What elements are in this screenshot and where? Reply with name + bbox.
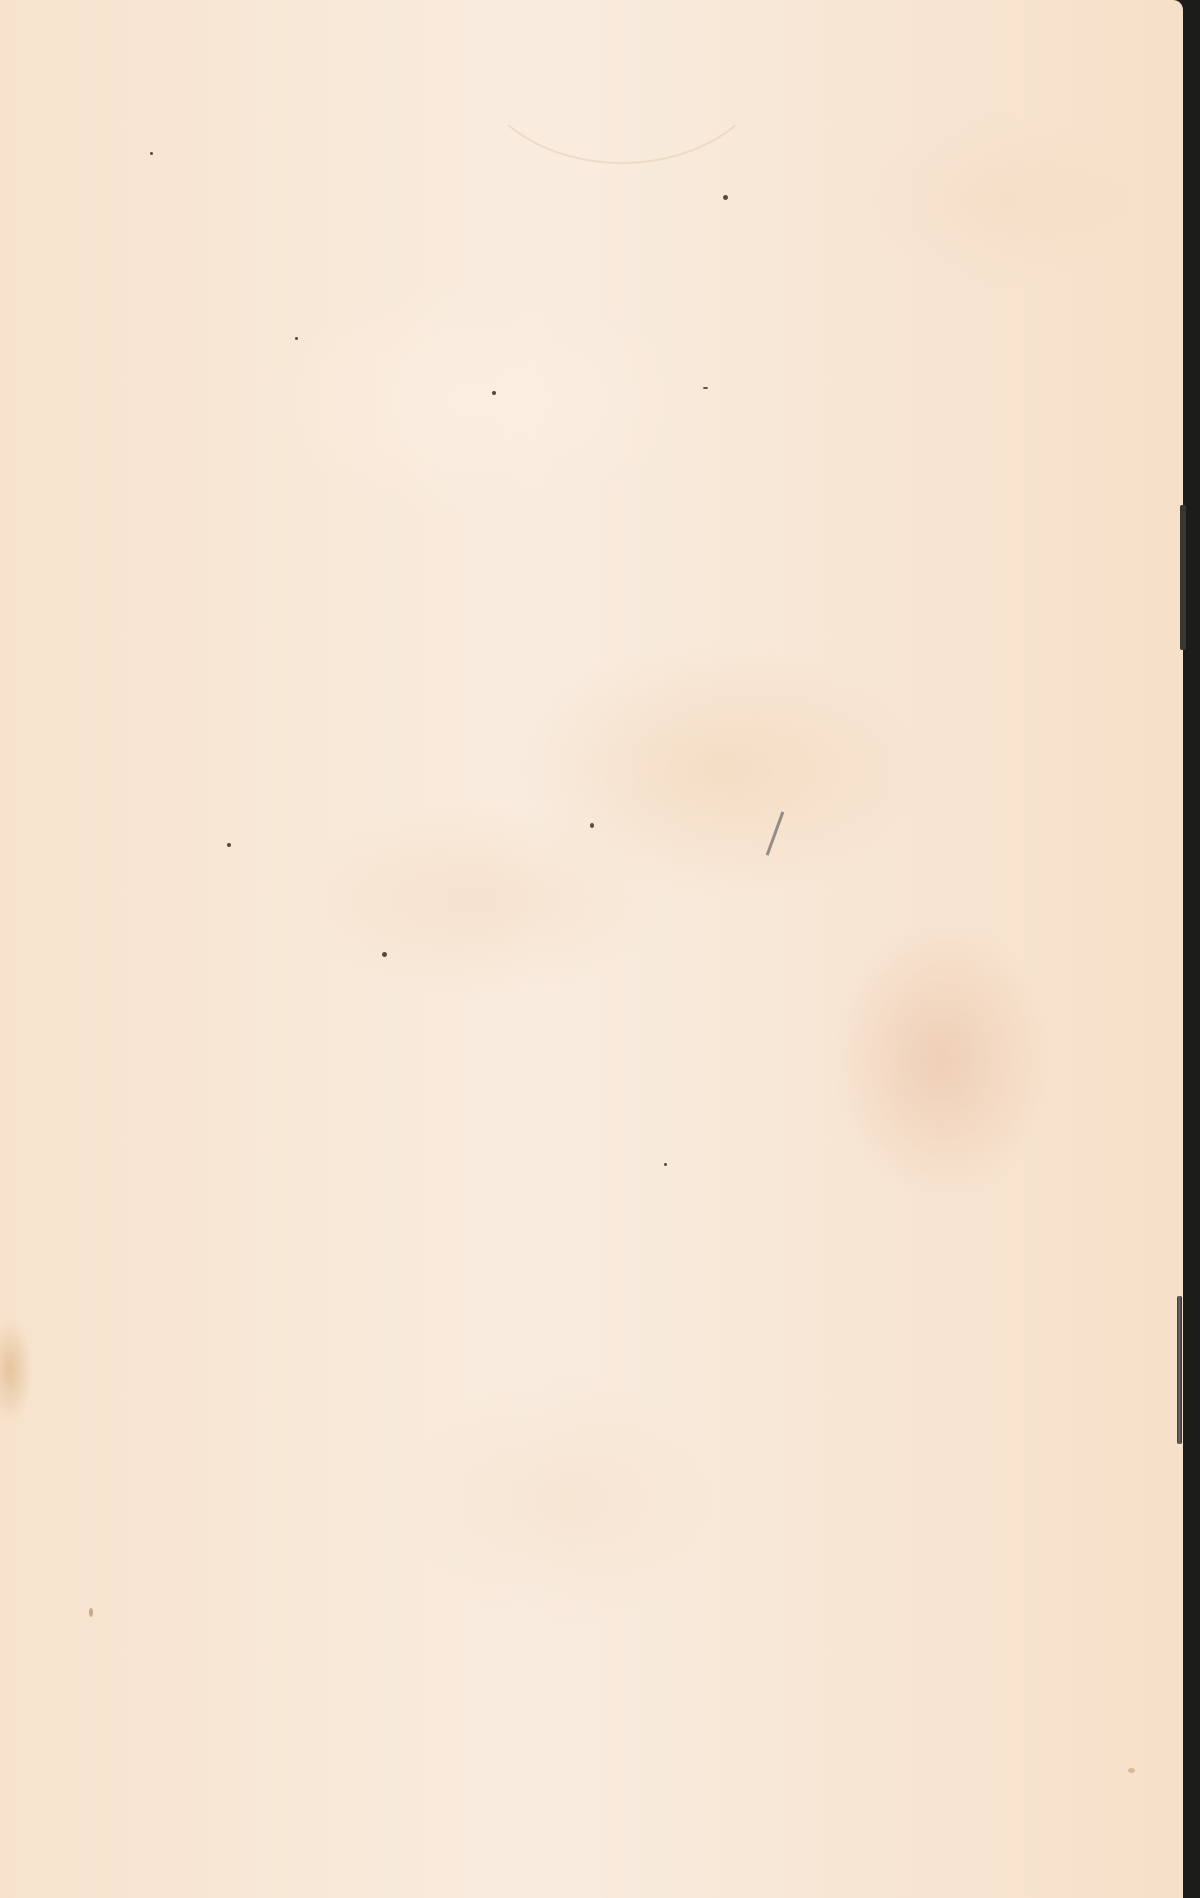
- paper-speck: [295, 337, 298, 340]
- paper-speck: [664, 1163, 667, 1166]
- paper-speck: [150, 152, 153, 155]
- paper-speck: [89, 1608, 93, 1617]
- paper-speck: [382, 952, 387, 957]
- paper-speck: [492, 391, 496, 395]
- paper-speck: [1128, 1768, 1135, 1773]
- staple-lower: [1177, 1296, 1182, 1444]
- paper-speck: [590, 823, 594, 828]
- staple-upper: [1180, 505, 1186, 650]
- ink-smudge: [766, 811, 785, 855]
- scan-background-edge: [1183, 0, 1200, 1898]
- paper-speck: [723, 195, 728, 200]
- scanned-blank-page: [0, 0, 1183, 1898]
- paper-speck: [703, 387, 708, 389]
- paper-crease-arc: [470, 0, 774, 164]
- paper-speck: [227, 843, 231, 847]
